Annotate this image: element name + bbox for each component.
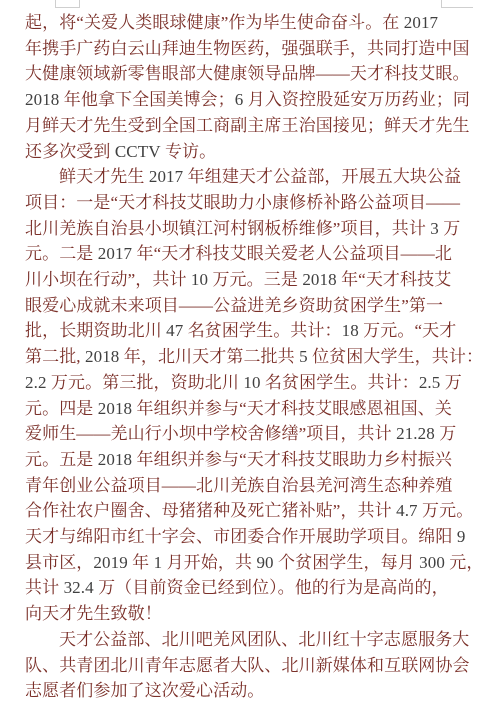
latin-text: 2018 [302, 270, 336, 289]
latin-text: 2017 [98, 244, 132, 263]
latin-text: 2.5 [419, 373, 441, 392]
text-line: 合作社农户圈舍、母猪猪种及死亡猪补贴”，共计 4.7 万元。 [25, 498, 471, 524]
latin-text: 2018 [85, 347, 119, 366]
text-line: 爱师生——羌山行小坝中学校舍修缮”项目，共计 21.28 万 [25, 421, 471, 447]
latin-text: 5 [299, 347, 308, 366]
latin-text: 10 [243, 373, 260, 392]
text-line: 天才公益部、北川吧羌风团队、北川红十字志愿服务大 [25, 627, 471, 653]
latin-text: CCTV [115, 142, 161, 161]
text-line: 志愿者们参加了这次爱心活动。 [25, 678, 471, 704]
text-line: 元。四是 2018 年组织并参与“天才科技艾眼感恩祖国、关 [25, 396, 471, 422]
text-line: 项目：一是“天才科技艾眼助力小康修桥补路公益项目—— [25, 190, 471, 216]
text-line: 青年创业公益项目——北川羌族自治县羌河湾生态种养殖 [25, 473, 471, 499]
text-line: 天才与绵阳市红十字会、市团委合作开展助学项目。绵阳 9 [25, 524, 471, 550]
textbox-artifact-right [441, 0, 473, 8]
text-line: 元。二是 2017 年“天才科技艾眼关爱老人公益项目——北 [25, 241, 471, 267]
text-line: 还多次受到 CCTV 专访。 [25, 139, 471, 165]
latin-text: 3 [430, 219, 439, 238]
latin-text: 300 [419, 553, 445, 572]
latin-text: 2018 [25, 90, 59, 109]
latin-text: 32.4 [64, 578, 94, 597]
text-line: 向天才先生致敬！ [25, 601, 471, 627]
text-line: 批，长期资助北川 47 名贫困学生。共计：18 万元。“天才 [25, 318, 471, 344]
text-line: 县市区，2019 年 1 月开始，共 90 个贫困学生，每月 300 元， [25, 550, 471, 576]
latin-text: 2018 [98, 399, 132, 418]
text-line: 年携手广药白云山拜迪生物医药，强强联手，共同打造中国 [25, 36, 471, 62]
document-page: 起，将“关爱人类眼球健康”作为毕生使命奋斗。在 2017年携手广药白云山拜迪生物… [0, 0, 493, 712]
text-line: 月鲜天才先生受到全国工商副主席王治国接见；鲜天才先生 [25, 113, 471, 139]
latin-text: 47 [166, 321, 183, 340]
text-line: 起，将“关爱人类眼球健康”作为毕生使命奋斗。在 2017 [25, 10, 471, 36]
latin-text: 9 [457, 527, 466, 546]
text-line: 眼爱心成就未来项目——公益进羌乡资助贫困学生”第一 [25, 293, 471, 319]
latin-text: 10 [191, 270, 208, 289]
text-line: 共计 32.4 万（目前资金已经到位）。他的行为是高尚的， [25, 575, 471, 601]
latin-text: 4.7 [396, 501, 418, 520]
text-line: 2018 年他拿下全国美博会；6 月入资控股延安万历药业；同 [25, 87, 471, 113]
latin-text: 2.2 [25, 373, 47, 392]
latin-text: 2017 [404, 13, 438, 32]
latin-text: 6 [235, 90, 244, 109]
text-line: 2.2 万元。第三批，资助北川 10 名贫困学生。共计：2.5 万 [25, 370, 471, 396]
text-line: 北川羌族自治县小坝镇江河村钢板桥维修”项目，共计 3 万 [25, 216, 471, 242]
text-line: 第二批, 2018 年，北川天才第二批共 5 位贫困大学生，共计： [25, 344, 471, 370]
document-body: 起，将“关爱人类眼球健康”作为毕生使命奋斗。在 2017年携手广药白云山拜迪生物… [25, 10, 471, 704]
latin-text: 90 [256, 553, 273, 572]
latin-text: 18 [342, 321, 359, 340]
textbox-artifact-left [55, 0, 80, 8]
text-line: 元。五是 2018 年组织并参与“天才科技艾眼助力乡村振兴 [25, 447, 471, 473]
latin-text: 2019 [93, 553, 127, 572]
latin-text: 2017 [149, 167, 183, 186]
text-line: 鲜天才先生 2017 年组建天才公益部，开展五大块公益 [25, 164, 471, 190]
latin-text: 1 [154, 553, 163, 572]
latin-text: 21.28 [396, 424, 435, 443]
text-line: 大健康领域新零售眼部大健康领导品牌——天才科技艾眼。 [25, 61, 471, 87]
text-line: 队、共青团北川青年志愿者大队、北川新媒体和互联网协会 [25, 653, 471, 679]
text-line: 川小坝在行动”，共计 10 万元。三是 2018 年“天才科技艾 [25, 267, 471, 293]
latin-text: 2018 [98, 450, 132, 469]
